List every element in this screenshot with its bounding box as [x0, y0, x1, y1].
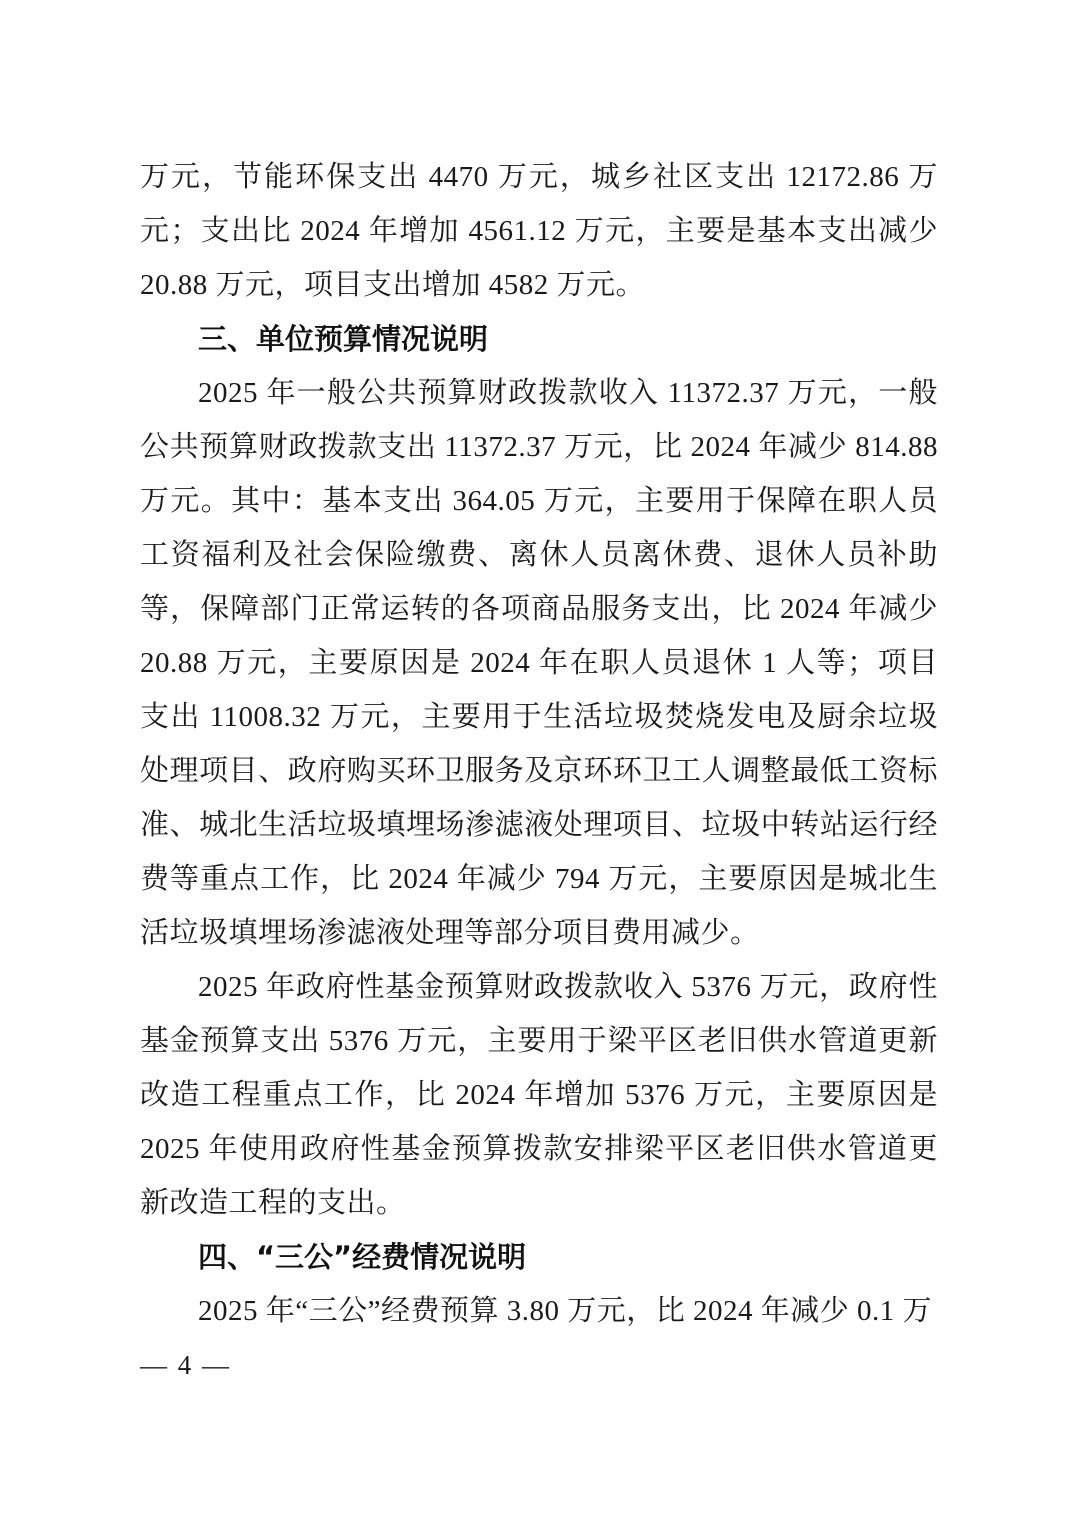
body-paragraph: 万元，节能环保支出 4470 万元，城乡社区支出 12172.86 万元；支出比…	[140, 150, 938, 312]
document-body: 万元，节能环保支出 4470 万元，城乡社区支出 12172.86 万元；支出比…	[140, 150, 938, 1338]
section-heading: 三、单位预算情况说明	[140, 312, 938, 366]
body-paragraph: 2025 年政府性基金预算财政拨款收入 5376 万元，政府性基金预算支出 53…	[140, 960, 938, 1230]
document-page: 万元，节能环保支出 4470 万元，城乡社区支出 12172.86 万元；支出比…	[0, 0, 1074, 1520]
body-paragraph: 2025 年一般公共预算财政拨款收入 11372.37 万元，一般公共预算财政拨…	[140, 366, 938, 960]
section-heading: 四、“三公”经费情况说明	[140, 1230, 938, 1284]
body-paragraph: 2025 年“三公”经费预算 3.80 万元，比 2024 年减少 0.1 万	[140, 1284, 938, 1338]
page-number: — 4 —	[140, 1352, 231, 1379]
